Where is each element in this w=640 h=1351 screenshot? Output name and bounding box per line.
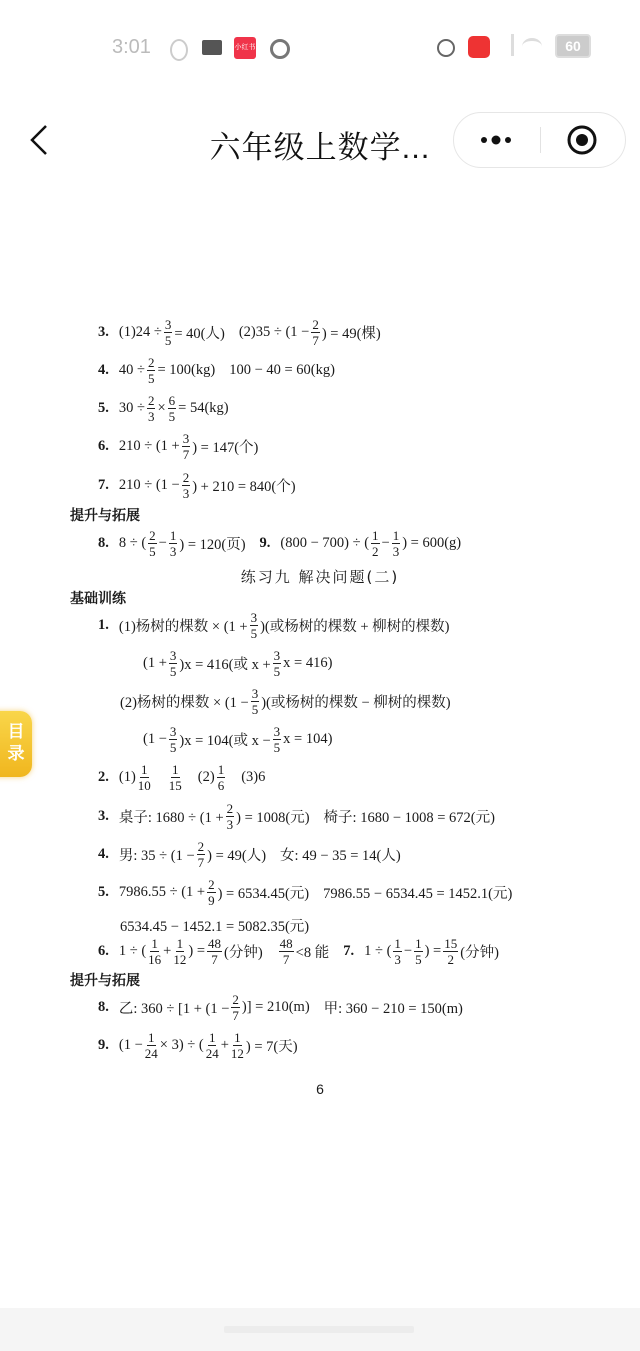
answer-line-3: 3. (1)24 ÷ 35 = 40(人) (2)35 ÷ (1 − 27 ) … <box>98 317 381 348</box>
fraction: 112 <box>173 936 186 967</box>
notification-icon <box>170 39 188 61</box>
fraction: 115 <box>169 762 182 793</box>
answer-line-p6-p7: 6. 1 ÷ ( 116 + 112 ) = 487 (分钟) 487 <8 能… <box>98 936 499 967</box>
item-number: 9. <box>260 535 271 552</box>
expr: 6534.45 − 1452.1 = 5082.35(元) <box>120 915 309 936</box>
expr: 桌子: 1680 ÷ (1 + <box>119 806 224 827</box>
expr: + <box>163 943 171 960</box>
expr: (2)35 ÷ (1 − <box>239 324 310 341</box>
toc-label-1: 目 <box>0 721 32 743</box>
expr: 210 ÷ (1 − <box>119 477 180 494</box>
fraction: 27 <box>311 317 320 348</box>
fraction: 13 <box>392 528 401 559</box>
close-button[interactable] <box>541 113 625 167</box>
answer-line-8-9: 8. 8 ÷ ( 25 − 13 ) = 120(页) 9. (800 − 70… <box>98 528 461 559</box>
expr: )(或杨树的棵数 − 柳树的棵数) <box>261 691 450 712</box>
expr: 1 ÷ ( <box>364 943 391 960</box>
item-number: 1. <box>98 617 109 634</box>
fraction: 13 <box>169 528 178 559</box>
record-icon <box>270 39 290 59</box>
fraction: 35 <box>164 317 173 348</box>
item-number: 8. <box>98 535 109 552</box>
fraction: 112 <box>231 1030 244 1061</box>
expr: = 40(人) <box>174 322 224 343</box>
exercise-heading: 练习九 解决问题(二) <box>0 566 640 587</box>
section-heading-basic: 基础训练 <box>70 588 126 608</box>
expr: ) = <box>425 943 442 960</box>
item-number: 7. <box>98 477 109 494</box>
more-button[interactable] <box>454 113 539 167</box>
expr: 椅子: 1680 − 1008 = 672(元) <box>324 806 495 827</box>
fraction: 487 <box>207 936 222 967</box>
fraction: 35 <box>250 610 259 641</box>
more-dots-icon <box>454 113 539 167</box>
item-number: 4. <box>98 846 109 863</box>
fraction: 13 <box>393 936 402 967</box>
item-number: 3. <box>98 324 109 341</box>
answer-line-p8: 8. 乙: 360 ÷ [1 + (1 − 27 )] = 210(m) 甲: … <box>98 992 463 1023</box>
answer-line-4: 4. 40 ÷ 25 = 100(kg) 100 − 40 = 60(kg) <box>98 355 335 386</box>
expr: 100 − 40 = 60(kg) <box>229 362 335 379</box>
expr: ) = 600(g) <box>402 535 461 552</box>
answer-line-p9: 9. (1 − 124 × 3) ÷ ( 124 + 112 ) = 7(天) <box>98 1030 298 1061</box>
expr: )(或杨树的棵数 + 柳树的棵数) <box>260 615 449 636</box>
wifi-icon <box>522 38 542 55</box>
item-number: 6. <box>98 438 109 455</box>
fraction: 25 <box>148 528 157 559</box>
answer-line-p1-1: 1. (1)杨树的棵数 × (1 + 35 )(或杨树的棵数 + 柳树的棵数) <box>98 610 450 641</box>
vpn-icon <box>468 36 490 58</box>
expr: ) = 49(棵) <box>322 322 381 343</box>
expr: (1) <box>119 769 136 786</box>
fraction: 15 <box>414 936 423 967</box>
fraction: 23 <box>226 801 235 832</box>
item-number: 8. <box>98 999 109 1016</box>
expr: (800 − 700) ÷ ( <box>280 535 369 552</box>
expr: × <box>157 400 165 417</box>
page-number: 6 <box>0 1081 640 1097</box>
expr: = 54(kg) <box>178 400 228 417</box>
expr: 女: 49 − 35 = 14(人) <box>280 844 401 865</box>
table-of-contents-button[interactable]: 目 录 <box>0 711 32 777</box>
item-number: 6. <box>98 943 109 960</box>
expr: (1 − <box>143 731 167 748</box>
expr: 7986.55 − 6534.45 = 1452.1(元) <box>323 882 512 903</box>
answer-line-6: 6. 210 ÷ (1 + 37 ) = 147(个) <box>98 431 258 462</box>
answer-line-p5: 5. 7986.55 ÷ (1 + 29 ) = 6534.45(元) 7986… <box>98 877 512 908</box>
status-time: 3:01 <box>112 36 151 59</box>
item-number: 9. <box>98 1037 109 1054</box>
expr: − <box>382 535 390 552</box>
fraction: 16 <box>217 762 226 793</box>
expr: 8 ÷ ( <box>119 535 146 552</box>
expr: (2) <box>198 769 215 786</box>
fraction: 65 <box>168 393 177 424</box>
expr: (1)杨树的棵数 × (1 + <box>119 615 248 636</box>
fraction: 124 <box>206 1030 219 1061</box>
fraction: 35 <box>169 648 178 679</box>
nav-bar: 六年级上数学... <box>0 100 640 180</box>
fraction: 35 <box>169 724 178 755</box>
expr: − <box>404 943 412 960</box>
mini-program-capsule <box>453 112 626 168</box>
fraction: 27 <box>197 839 206 870</box>
item-number: 7. <box>343 943 354 960</box>
expr: (1 + <box>143 655 167 672</box>
expr: + <box>221 1037 229 1054</box>
fraction: 124 <box>145 1030 158 1061</box>
item-number: 5. <box>98 884 109 901</box>
section-heading-extension: 提升与拓展 <box>70 505 140 525</box>
expr: 男: 35 ÷ (1 − <box>119 844 195 865</box>
fraction: 27 <box>231 992 240 1023</box>
answer-line-p2: 2. (1) 110 115 (2) 16 (3)6 <box>98 762 265 793</box>
expr: (分钟) <box>224 941 263 962</box>
expr: )x = 416(或 x + <box>179 653 270 674</box>
expr: )] = 210(m) <box>242 999 310 1016</box>
fraction: 37 <box>182 431 191 462</box>
expr: 甲: 360 − 210 = 150(m) <box>324 997 463 1018</box>
expr: ) + 210 = 840(个) <box>192 475 295 496</box>
message-icon <box>202 40 222 55</box>
fraction: 12 <box>371 528 380 559</box>
signal-icon <box>497 34 514 56</box>
expr: x = 104) <box>283 731 332 748</box>
expr: 乙: 360 ÷ [1 + (1 − <box>119 997 230 1018</box>
answer-line-p1-4: (1 − 35 )x = 104(或 x − 35 x = 104) <box>143 724 332 755</box>
expr: (分钟) <box>460 941 499 962</box>
expr: <8 能 <box>296 941 330 962</box>
expr: − <box>159 535 167 552</box>
expr: (3)6 <box>241 769 265 786</box>
fraction: 35 <box>251 686 260 717</box>
expr: ) = 120(页) <box>179 533 245 554</box>
expr: = 100(kg) <box>157 362 215 379</box>
expr: 7986.55 ÷ (1 + <box>119 884 205 901</box>
fraction: 487 <box>279 936 294 967</box>
expr: ) = 6534.45(元) <box>218 882 310 903</box>
expr: (1 − <box>119 1037 143 1054</box>
location-icon <box>437 39 455 57</box>
fraction: 35 <box>273 648 282 679</box>
xiaohongshu-app-icon: 小红书 <box>234 37 256 59</box>
fraction: 116 <box>148 936 161 967</box>
expr: ) = 147(个) <box>192 436 258 457</box>
answer-line-p4: 4. 男: 35 ÷ (1 − 27 ) = 49(人) 女: 49 − 35 … <box>98 839 401 870</box>
fraction: 23 <box>182 470 191 501</box>
expr: 30 ÷ <box>119 400 145 417</box>
section-heading-extension-2: 提升与拓展 <box>70 970 140 990</box>
fraction: 23 <box>147 393 156 424</box>
answer-line-7: 7. 210 ÷ (1 − 23 ) + 210 = 840(个) <box>98 470 296 501</box>
fraction: 110 <box>138 762 151 793</box>
expr: × 3) ÷ ( <box>160 1037 204 1054</box>
expr: ) = <box>188 943 205 960</box>
expr: (2)杨树的棵数 × (1 − <box>120 691 249 712</box>
fraction: 35 <box>273 724 282 755</box>
horizontal-scroll-handle[interactable] <box>224 1326 414 1333</box>
expr: 40 ÷ <box>119 362 145 379</box>
target-close-icon <box>541 113 625 167</box>
answer-line-p1-3: (2)杨树的棵数 × (1 − 35 )(或杨树的棵数 − 柳树的棵数) <box>120 686 451 717</box>
toc-label-2: 录 <box>0 743 32 765</box>
fraction: 25 <box>147 355 156 386</box>
expr: 1 ÷ ( <box>119 943 146 960</box>
answer-line-p5-cont: 6534.45 − 1452.1 = 5082.35(元) <box>120 915 309 936</box>
fraction: 152 <box>443 936 458 967</box>
item-number: 5. <box>98 400 109 417</box>
answer-line-p3: 3. 桌子: 1680 ÷ (1 + 23 ) = 1008(元) 椅子: 16… <box>98 801 495 832</box>
item-number: 2. <box>98 769 109 786</box>
expr: 210 ÷ (1 + <box>119 438 180 455</box>
battery-icon: 60 <box>555 34 591 58</box>
item-number: 3. <box>98 808 109 825</box>
answer-line-5: 5. 30 ÷ 23 × 65 = 54(kg) <box>98 393 229 424</box>
expr: ) = 49(人) <box>207 844 266 865</box>
expr: ) = 7(天) <box>246 1035 298 1056</box>
item-number: 4. <box>98 362 109 379</box>
answer-line-p1-2: (1 + 35 )x = 416(或 x + 35 x = 416) <box>143 648 332 679</box>
status-bar: 3:01 小红书 60 <box>0 30 640 66</box>
expr: ) = 1008(元) <box>236 806 309 827</box>
bottom-bar <box>0 1308 640 1351</box>
expr: x = 416) <box>283 655 332 672</box>
fraction: 29 <box>207 877 216 908</box>
expr: (1)24 ÷ <box>119 324 162 341</box>
expr: )x = 104(或 x − <box>179 729 270 750</box>
